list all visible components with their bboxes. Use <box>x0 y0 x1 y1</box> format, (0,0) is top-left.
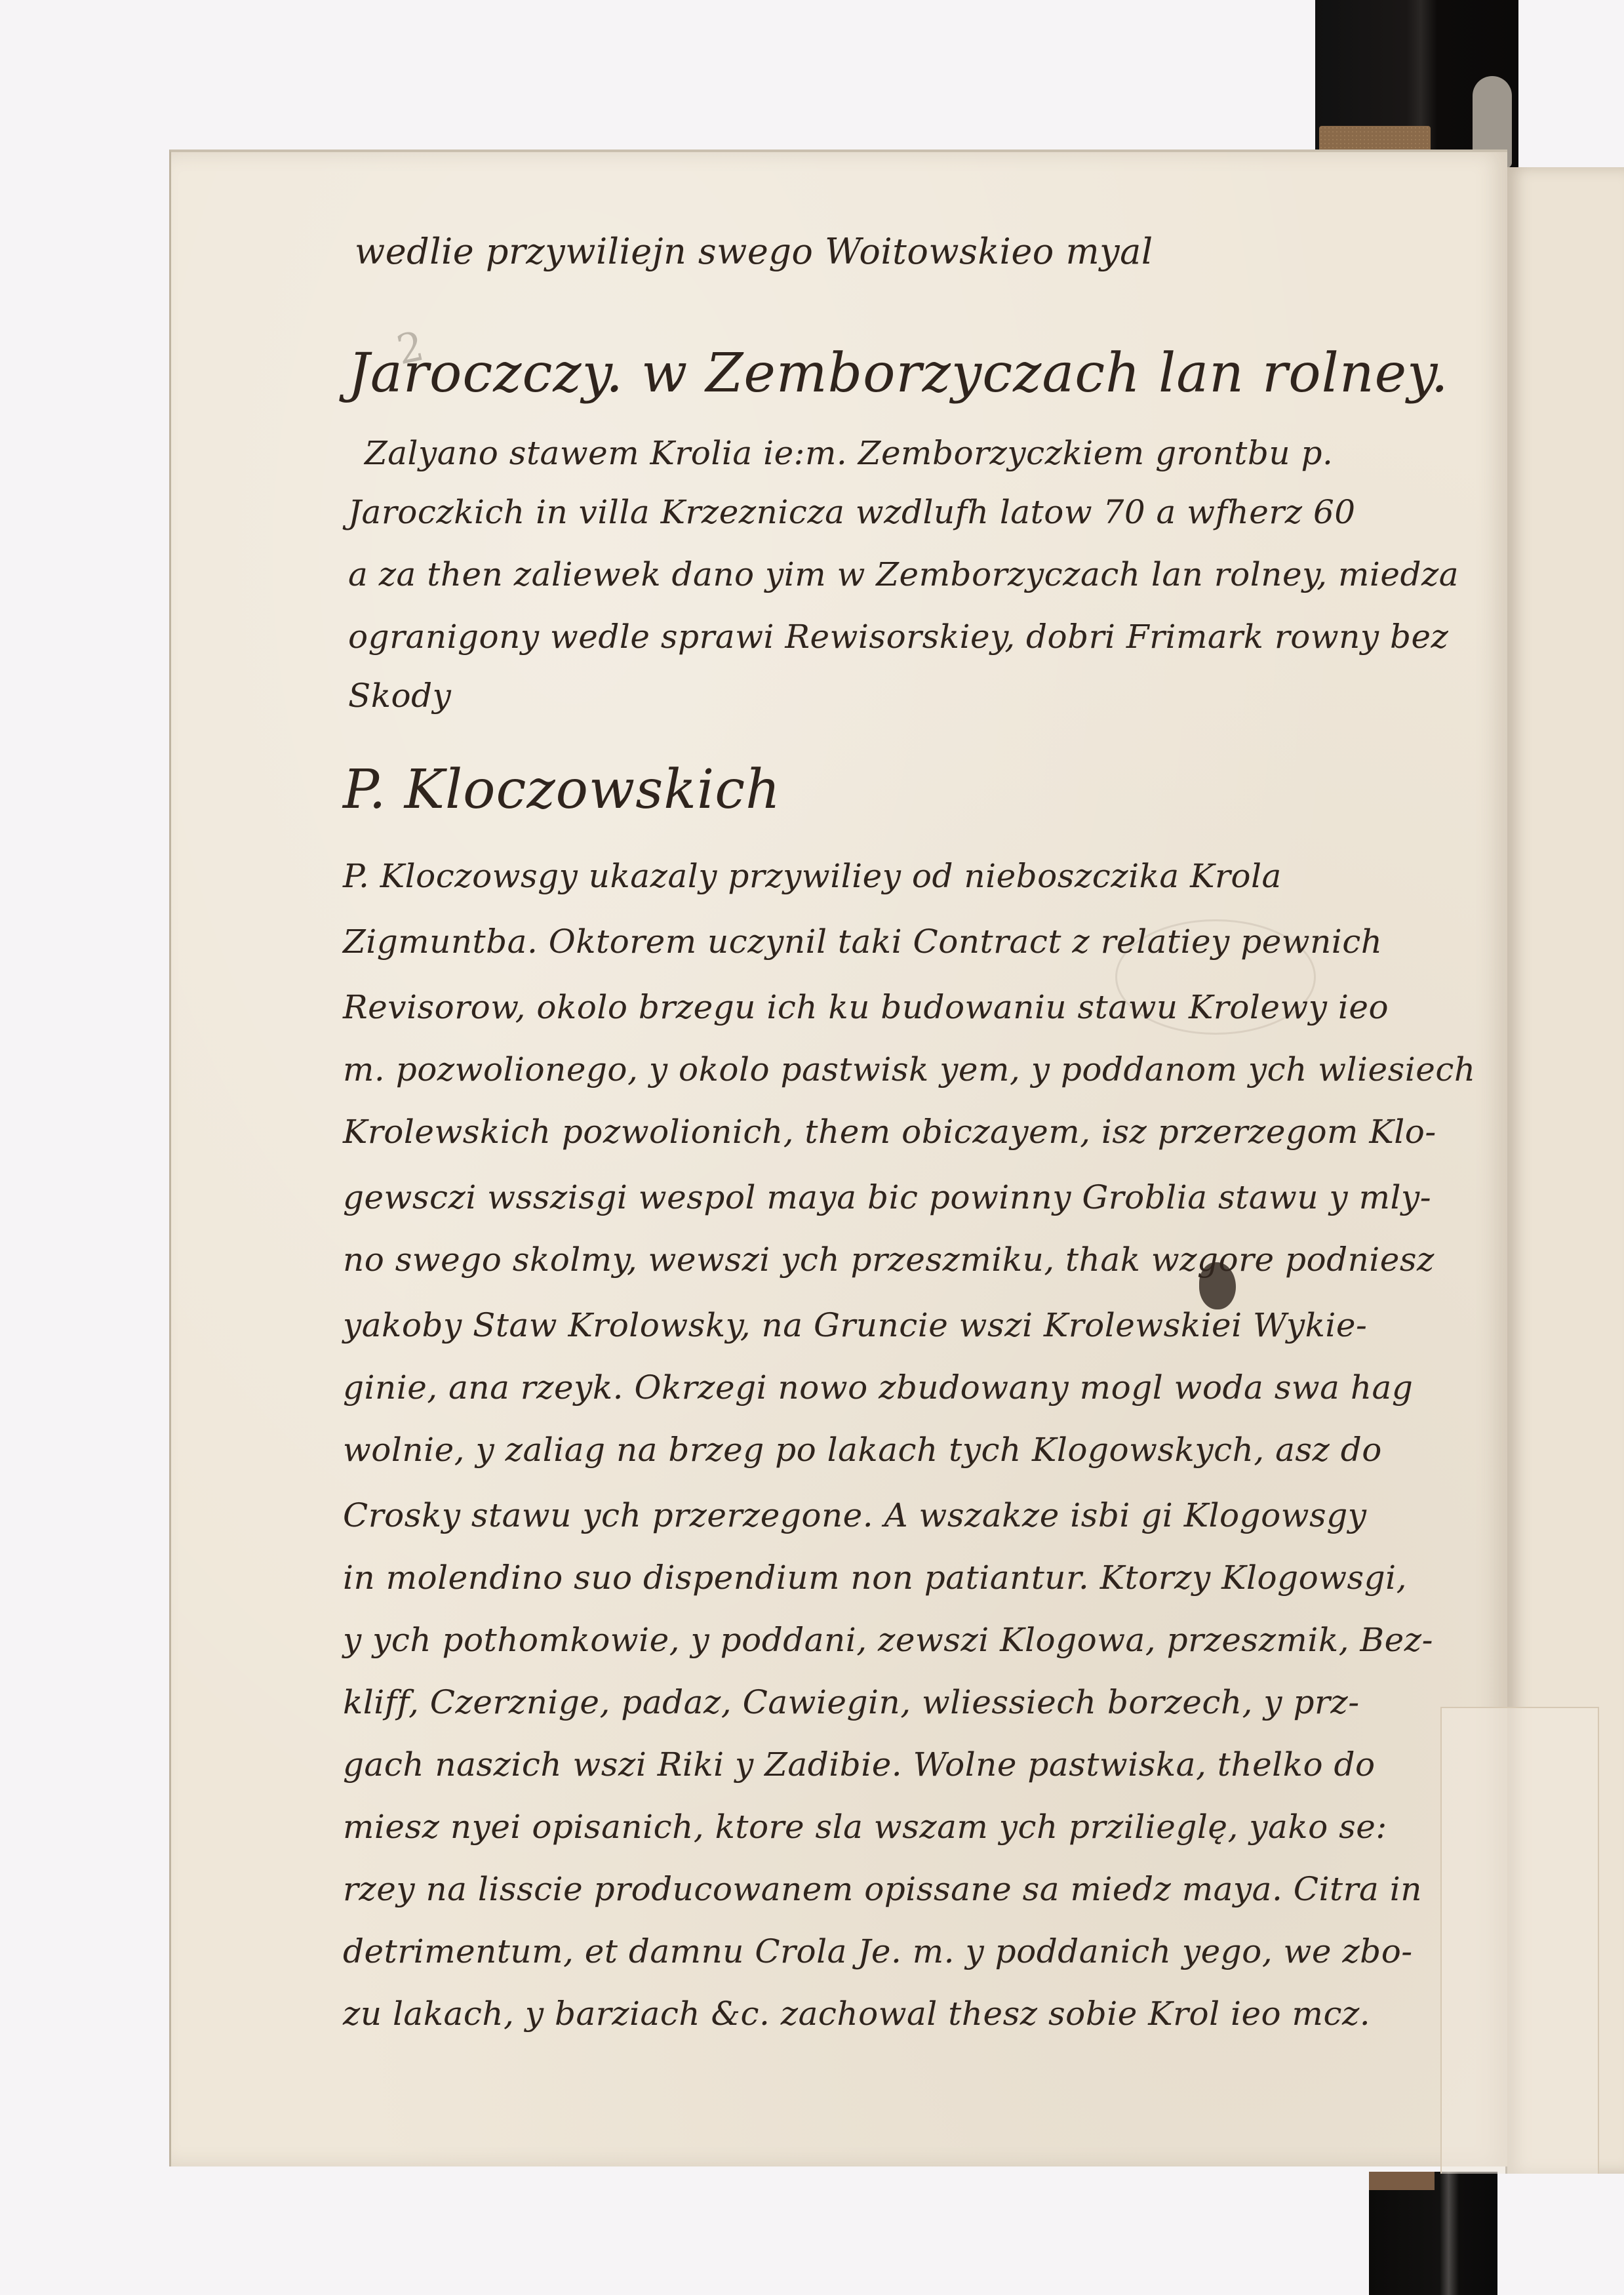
text-line: a za then zaliewek dano yim w Zemborzycz… <box>348 555 1459 593</box>
text-line: Crosky stawu ych przerzegone. A wszakze … <box>343 1496 1366 1534</box>
section-heading-kloczowskich: P. Kloczowskich <box>343 759 781 821</box>
book-binding-bottom <box>1369 2172 1497 2295</box>
text-line: Zalyano stawem Krolia ie:m. Zemborzyczki… <box>365 434 1333 472</box>
text-line: y ych pothomkowie, y poddani, zewszi Klo… <box>343 1621 1433 1659</box>
text-line: Zigmuntba. Oktorem uczynil taki Contract… <box>343 923 1382 961</box>
manuscript-page: 2 ​ wedlie przywiliejn swego Woitowskieo… <box>169 150 1507 2166</box>
leather-spine-fragment <box>1369 2172 1435 2190</box>
text-line: ogranigony wedle sprawi Rewisorskiey, do… <box>348 618 1448 656</box>
text-line: Krolewskich pozwolionich, them obiczayem… <box>343 1113 1436 1151</box>
text-line: no swego skolmy, wewszi ych przeszmiku, … <box>343 1241 1435 1279</box>
text-line: gewsczi wsszisgi wespol maya bic powinny… <box>343 1178 1431 1216</box>
text-line: P. Kloczowsgy ukazaly przywiliey od nieb… <box>343 857 1282 895</box>
text-line: yakoby Staw Krolowsky, na Gruncie wszi K… <box>343 1306 1367 1344</box>
text-line: ginie, ana rzeyk. Okrzegi nowo zbudowany… <box>343 1368 1413 1407</box>
intro-line: wedlie przywiliejn swego Woitowskieo mya… <box>355 231 1153 272</box>
text-line: wolnie, y zaliag na brzeg po lakach tych… <box>343 1431 1382 1469</box>
paper-repair-strip <box>1440 1707 1599 2174</box>
section-heading-jaroczczy: Jaroczczy. w Zemborzyczach lan rolney. <box>348 342 1449 405</box>
text-line: Revisorow, okolo brzegu ich ku budowaniu… <box>343 988 1389 1026</box>
text-line: detrimentum, et damnu Crola Je. m. y pod… <box>343 1932 1413 1970</box>
manuscript-text: wedlie przywiliejn swego Woitowskieo mya… <box>171 152 1507 2166</box>
text-line: miesz nyei opisanich, ktore sla wszam yc… <box>343 1808 1387 1846</box>
text-line: gach naszich wszi Riki y Zadibie. Wolne … <box>343 1746 1376 1784</box>
text-line: zu lakach, y barziach &c. zachowal thesz… <box>343 1995 1370 2033</box>
book-binding-top <box>1315 0 1518 172</box>
text-line: in molendino suo dispendium non patiantu… <box>343 1559 1407 1597</box>
text-line: Jaroczkich in villa Krzeznicza wzdlufh l… <box>348 493 1356 531</box>
text-line: Skody <box>348 677 451 715</box>
text-line: m. pozwolionego, y okolo pastwisk yem, y… <box>343 1050 1476 1088</box>
text-line: rzey na lisscie producowanem opissane sa… <box>343 1870 1422 1908</box>
text-line: kliff, Czerznige, padaz, Cawiegin, wlies… <box>343 1683 1360 1721</box>
